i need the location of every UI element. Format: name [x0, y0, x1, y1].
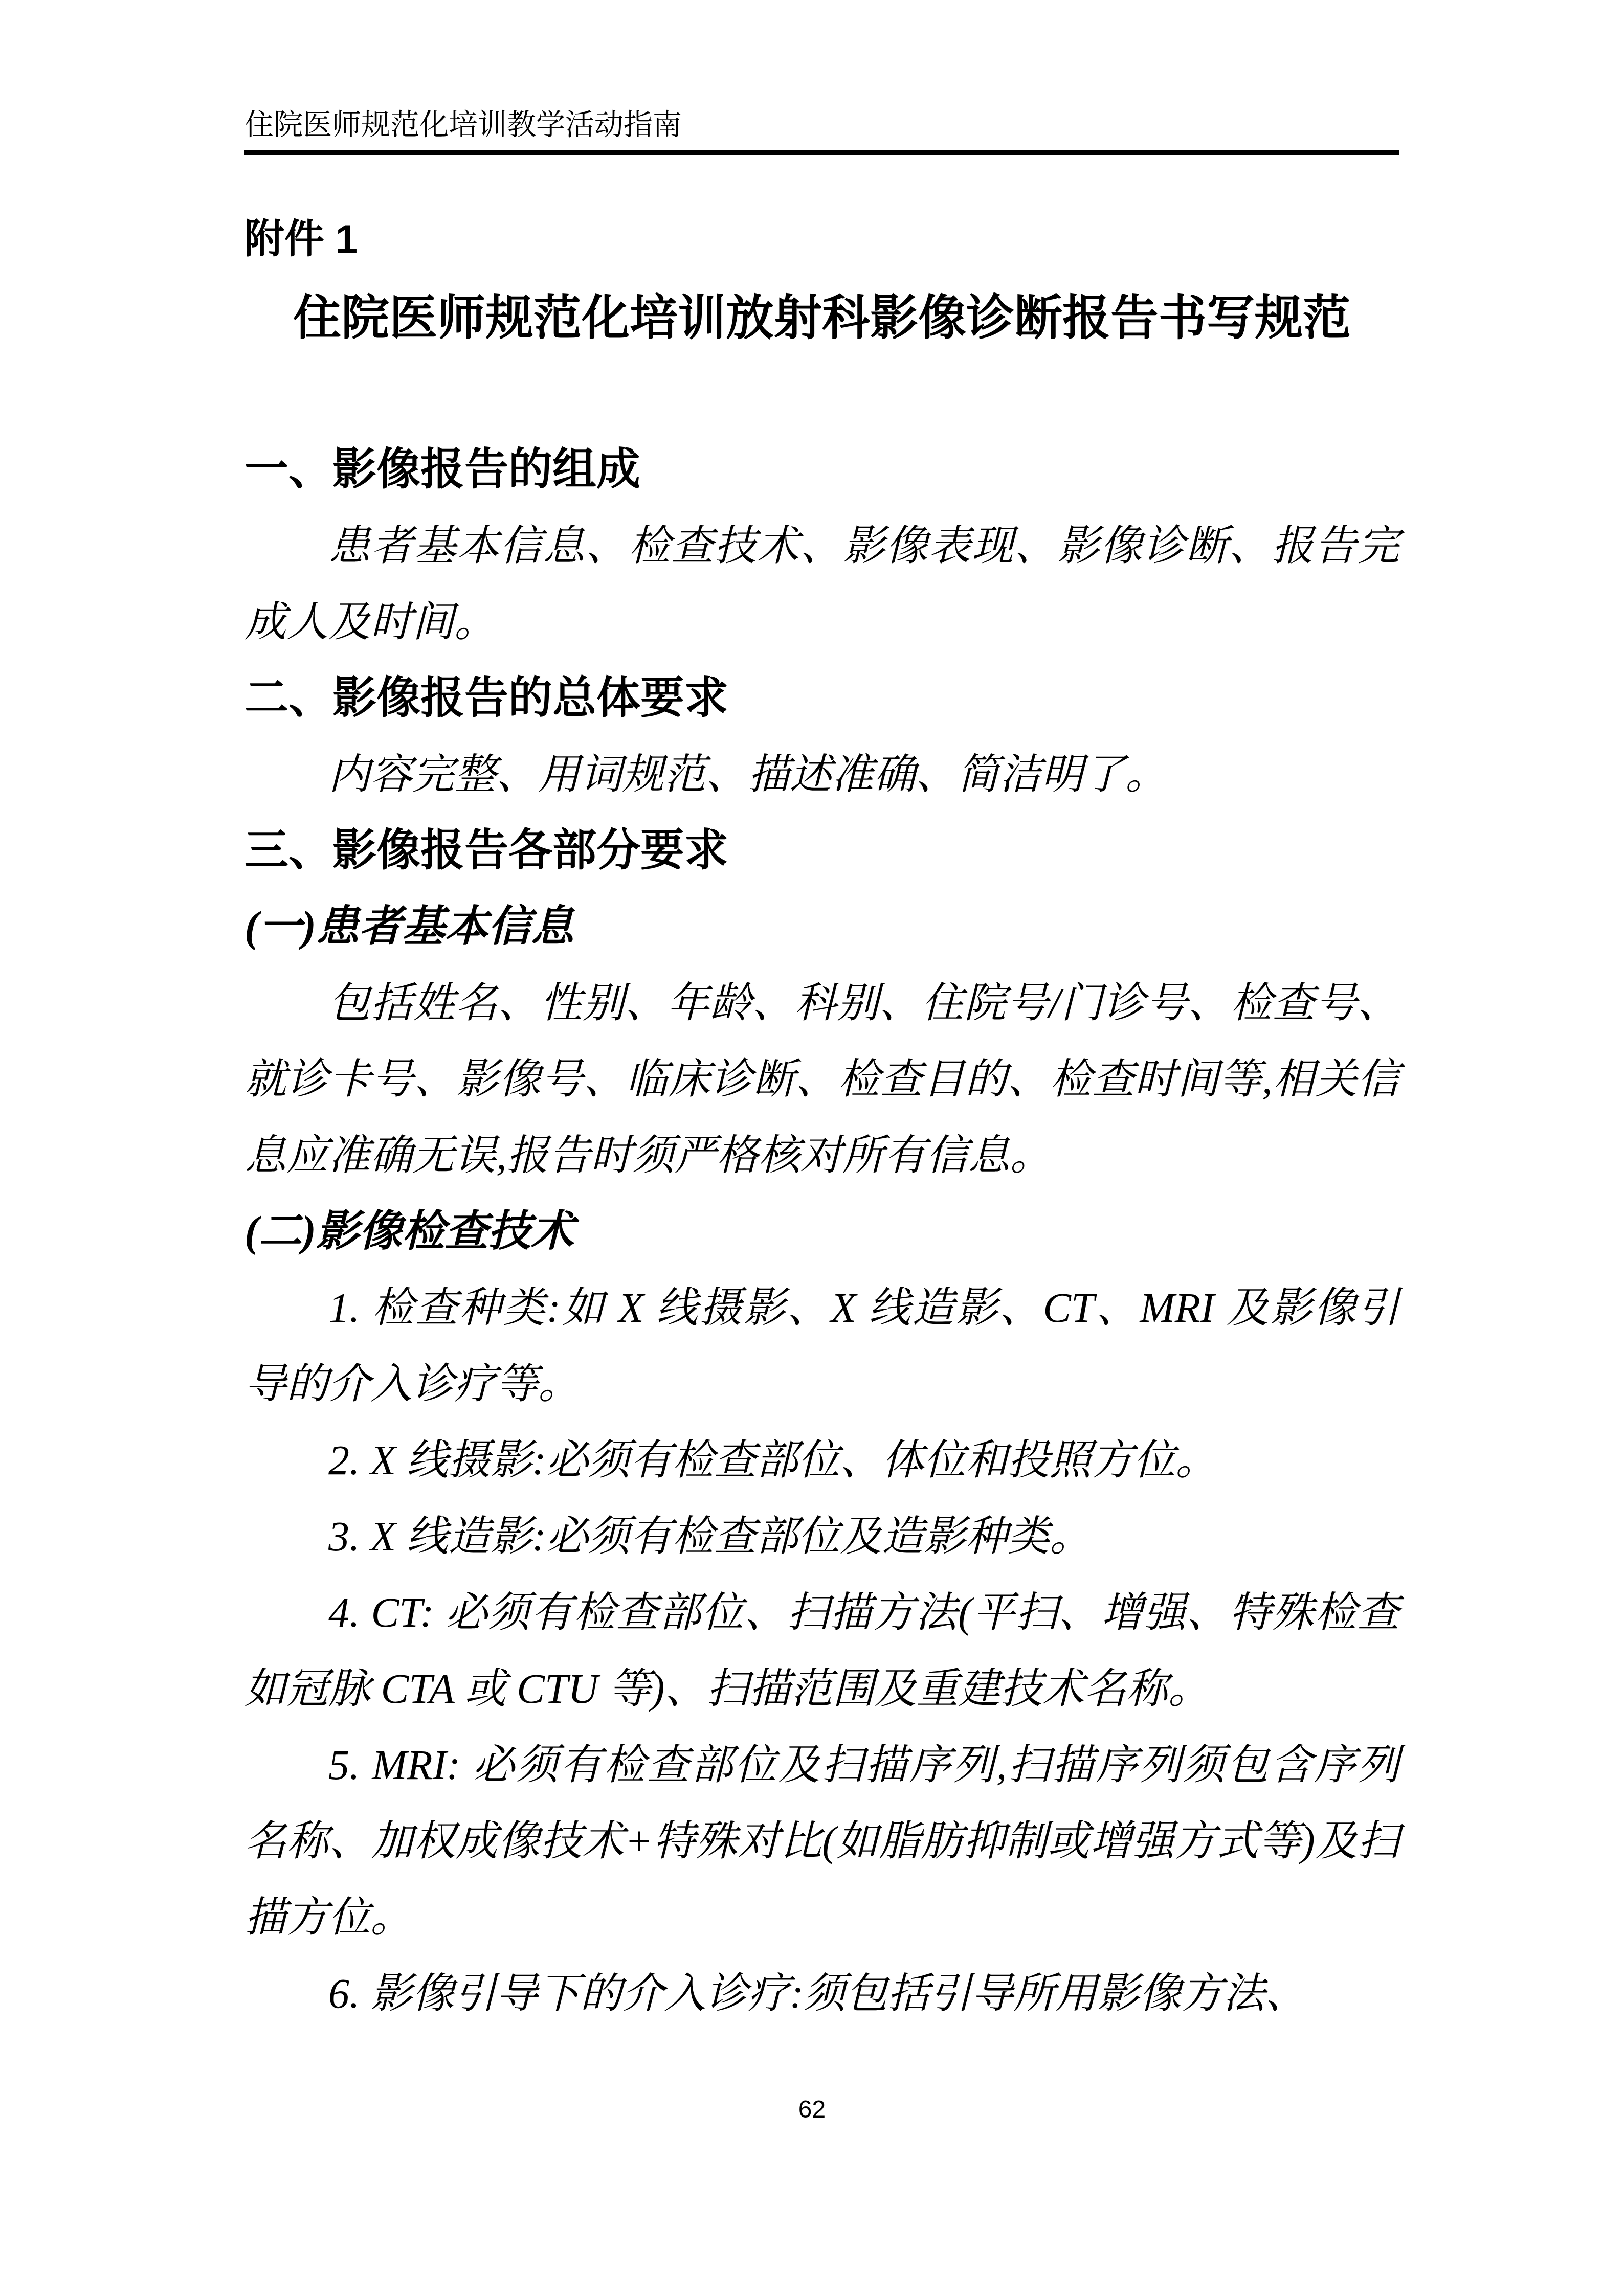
numbered-item-2: 2. X 线摄影:必须有检查部位、体位和投照方位。	[244, 1422, 1399, 1498]
document-page: 住院医师规范化培训教学活动指南 附件 1 住院医师规范化培训放射科影像诊断报告书…	[0, 0, 1624, 2296]
attachment-label: 附件 1	[244, 200, 1399, 277]
section-2-paragraph: 内容完整、用词规范、描述准确、简洁明了。	[244, 736, 1399, 813]
section-heading-3: 三、影像报告各部分要求	[244, 813, 1399, 889]
numbered-item-3: 3. X 线造影:必须有检查部位及造影种类。	[244, 1498, 1399, 1574]
subsection-heading-3-1: (一)患者基本信息	[244, 889, 1399, 965]
document-body: 附件 1 住院医师规范化培训放射科影像诊断报告书写规范 一、影像报告的组成 患者…	[244, 200, 1399, 2032]
document-title: 住院医师规范化培训放射科影像诊断报告书写规范	[244, 277, 1399, 360]
running-header: 住院医师规范化培训教学活动指南	[244, 109, 1399, 141]
subsection-heading-3-2: (二)影像检查技术	[244, 1194, 1399, 1270]
section-heading-2: 二、影像报告的总体要求	[244, 660, 1399, 736]
numbered-item-1: 1. 检查种类:如 X 线摄影、X 线造影、CT、MRI 及影像引导的介入诊疗等…	[244, 1270, 1399, 1422]
subsection-3-1-paragraph: 包括姓名、性别、年龄、科别、住院号/门诊号、检查号、就诊卡号、影像号、临床诊断、…	[244, 965, 1399, 1194]
header-rule	[244, 150, 1399, 155]
section-heading-1: 一、影像报告的组成	[244, 432, 1399, 508]
numbered-item-4: 4. CT: 必须有检查部位、扫描方法(平扫、增强、特殊检查如冠脉 CTA 或 …	[244, 1574, 1399, 1727]
title-spacer	[244, 360, 1399, 432]
section-1-paragraph: 患者基本信息、检查技术、影像表现、影像诊断、报告完成人及时间。	[244, 508, 1399, 660]
numbered-item-5: 5. MRI: 必须有检查部位及扫描序列,扫描序列须包含序列名称、加权成像技术+…	[244, 1727, 1399, 1955]
numbered-item-6: 6. 影像引导下的介入诊疗:须包括引导所用影像方法、	[244, 1955, 1399, 2032]
page-number: 62	[0, 2096, 1624, 2124]
